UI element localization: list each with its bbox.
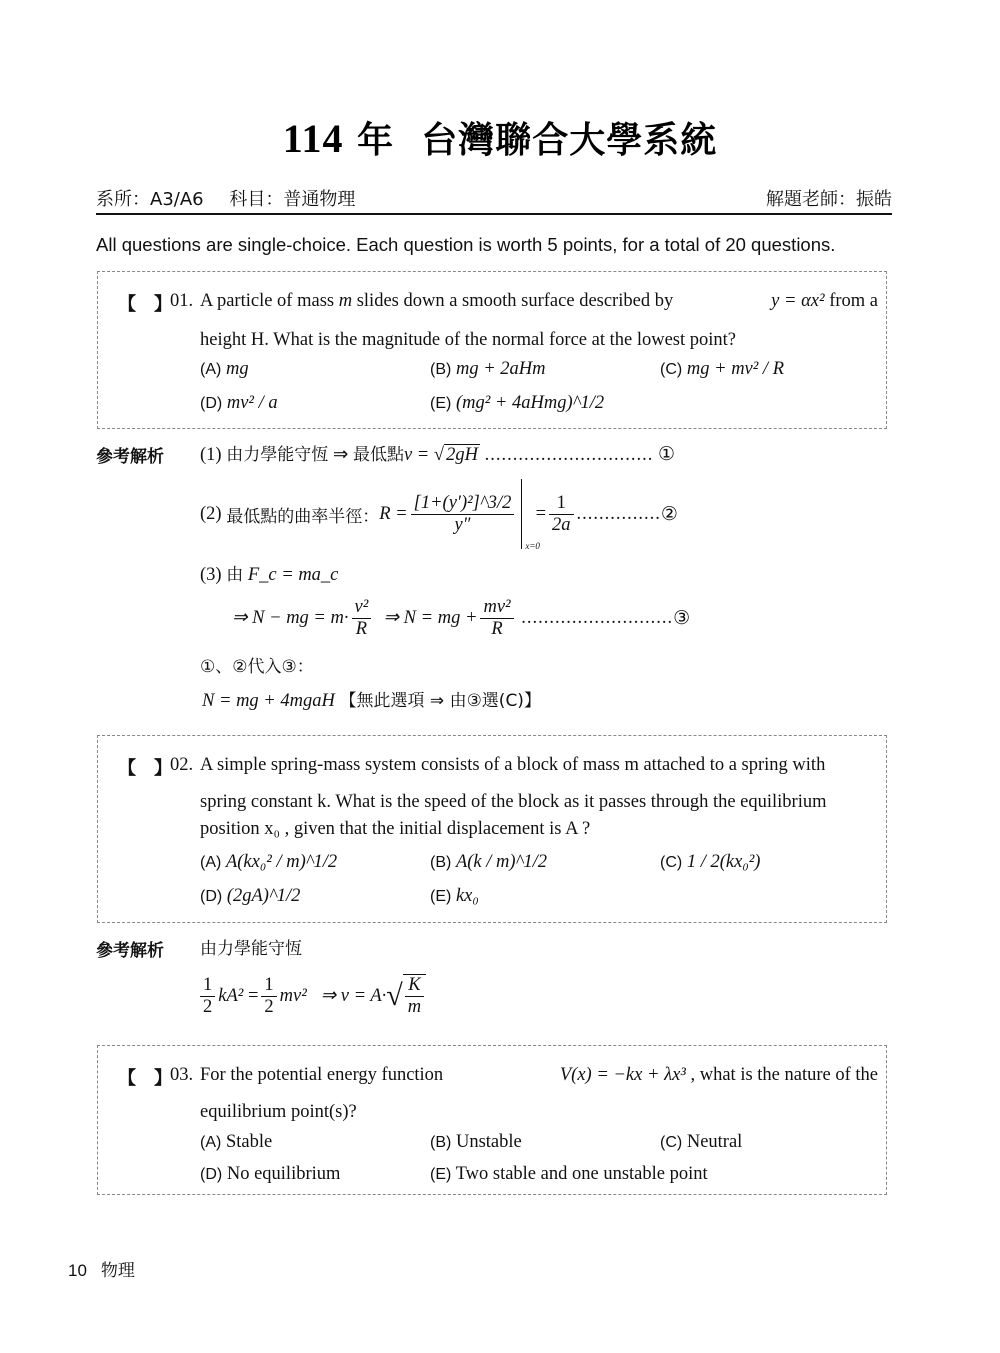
- fraction: 12a: [549, 493, 574, 536]
- question-number: 03.: [170, 1065, 193, 1086]
- answer-bracket[interactable]: 【 】: [118, 754, 172, 780]
- equation-mark: ③: [673, 607, 690, 629]
- option-a[interactable]: (A) A(kx₀² / m)^1/2: [200, 852, 337, 873]
- option-e[interactable]: (E) (mg² + 4aHmg)^1/2: [430, 393, 604, 414]
- option-b[interactable]: (B) A(k / m)^1/2: [430, 852, 547, 873]
- option-label: (A): [200, 1134, 221, 1151]
- text: slides down a smooth surface described b…: [352, 291, 673, 311]
- step-number: (1): [200, 445, 222, 465]
- option-d[interactable]: (D) No equilibrium: [200, 1164, 340, 1185]
- equation: F_c = ma_c: [248, 565, 339, 585]
- title-text: 台灣聯合大學系統: [421, 120, 717, 161]
- question-box-01: 【 】 01. A particle of mass m slides down…: [97, 271, 887, 429]
- option-c[interactable]: (C) Neutral: [660, 1132, 742, 1153]
- numerator: 1: [261, 975, 276, 997]
- implies-arrow: ⇒: [333, 445, 349, 465]
- term: kA²: [218, 986, 243, 1007]
- option-e[interactable]: (E) kx₀: [430, 886, 479, 907]
- instructions: All questions are single-choice. Each qu…: [96, 234, 896, 256]
- page-footer: 10物理: [68, 1256, 135, 1281]
- option-a[interactable]: (A) mg: [200, 359, 249, 380]
- solution-step-2: (2) 最低點的曲率半徑： R = [1+(y′)²]^3/2y″ x=0 = …: [200, 478, 678, 550]
- equation: ⇒ N = mg +: [384, 607, 478, 629]
- option-d[interactable]: (D) (2gA)^1/2: [200, 886, 300, 907]
- solution-result: N = mg + 4mgaH 【無此選項 ⇒ 由③選(C)】: [202, 686, 541, 712]
- option-label: (C): [660, 1134, 682, 1151]
- question-text-line2: spring constant k. What is the speed of …: [200, 792, 827, 813]
- option-value: Neutral: [687, 1132, 742, 1152]
- teacher-label: 解題老師：振皓: [766, 185, 892, 211]
- leader-dots: ...........................: [521, 608, 673, 629]
- equation: ⇒ N − mg = m·: [232, 607, 349, 629]
- option-value: mg + mv² / R: [687, 359, 784, 379]
- title-year-suffix: 年: [357, 120, 394, 161]
- answer-bracket[interactable]: 【 】: [118, 1064, 172, 1090]
- option-value: (2gA)^1/2: [227, 886, 301, 906]
- fraction: [1+(y′)²]^3/2y″: [411, 493, 515, 536]
- option-value: A(k / m)^1/2: [456, 852, 547, 872]
- option-b[interactable]: (B) Unstable: [430, 1132, 522, 1153]
- page-title: 114 年 台灣聯合大學系統: [0, 112, 1000, 163]
- option-value: Unstable: [456, 1132, 522, 1152]
- question-text-line1: A particle of mass m slides down a smoot…: [200, 291, 878, 312]
- exam-meta: 系所：A3/A6 科目：普通物理 解題老師：振皓: [96, 184, 892, 212]
- evaluation-bar: x=0: [521, 479, 522, 549]
- equals: =: [248, 986, 258, 1007]
- option-label: (E): [430, 888, 451, 905]
- sqrt-icon: √: [386, 979, 402, 1013]
- option-value: A(kx₀² / m)^1/2: [226, 852, 337, 872]
- option-c[interactable]: (C) mg + mv² / R: [660, 359, 784, 380]
- denominator: R: [352, 619, 372, 640]
- option-label: (B): [430, 361, 451, 378]
- option-value: mg: [226, 359, 249, 379]
- question-number: 02.: [170, 755, 193, 776]
- question-text-line2: height H. What is the magnitude of the n…: [200, 330, 736, 351]
- denominator: m: [405, 997, 424, 1018]
- option-label: (D): [200, 1166, 222, 1183]
- numerator: 1: [549, 493, 574, 515]
- equation: R =: [379, 504, 407, 525]
- option-label: (E): [430, 1166, 451, 1183]
- option-e[interactable]: (E) Two stable and one unstable point: [430, 1164, 708, 1185]
- step-text: 由: [226, 565, 243, 585]
- fraction: 12: [200, 975, 215, 1018]
- radicand: 2gH: [444, 444, 480, 466]
- numerator: [1+(y′)²]^3/2: [411, 493, 515, 515]
- text: from a: [825, 291, 878, 311]
- denominator: 2: [200, 997, 215, 1018]
- option-value: Stable: [226, 1132, 272, 1152]
- option-value: (mg² + 4aHmg)^1/2: [456, 393, 604, 413]
- fraction: v²R: [352, 597, 372, 640]
- option-d[interactable]: (D) mv² / a: [200, 393, 278, 414]
- option-c[interactable]: (C) 1 / 2(kx₀²): [660, 852, 760, 873]
- title-year: 114: [283, 116, 344, 161]
- step-number: (2): [200, 504, 222, 525]
- option-value: No equilibrium: [227, 1164, 341, 1184]
- solution-equation: 12kA² = 12mv² ⇒ v = A· √Km: [200, 966, 429, 1026]
- result-note: 【無此選項 ⇒ 由③選(C)】: [340, 691, 541, 711]
- question-text-line1: For the potential energy function V(x) =…: [200, 1065, 878, 1086]
- option-label: (C): [660, 361, 682, 378]
- header-divider: [96, 213, 892, 215]
- equation: ⇒ v = A·: [321, 985, 387, 1007]
- option-b[interactable]: (B) mg + 2aHm: [430, 359, 546, 380]
- option-a[interactable]: (A) Stable: [200, 1132, 272, 1153]
- numerator: 1: [200, 975, 215, 997]
- leader-dots: ...............: [577, 504, 661, 525]
- equation-mark: ①: [658, 443, 675, 465]
- question-text-line1: A simple spring-mass system consists of …: [200, 755, 825, 776]
- step-text: 最低點: [353, 445, 404, 465]
- var-m: m: [339, 291, 352, 311]
- option-value: mg + 2aHm: [456, 359, 546, 379]
- text: , what is the nature of the: [690, 1065, 878, 1085]
- page-number: 10: [68, 1261, 87, 1280]
- option-value: 1 / 2(kx₀²): [687, 852, 761, 872]
- fraction: mv²R: [480, 597, 513, 640]
- option-label: (A): [200, 854, 221, 871]
- text: For the potential energy function: [200, 1065, 443, 1086]
- denominator: 2: [261, 997, 276, 1018]
- question-number: 01.: [170, 291, 193, 312]
- step-text: 最低點的曲率半徑：: [226, 502, 379, 527]
- option-label: (B): [430, 854, 451, 871]
- sqrt-icon: √: [434, 445, 444, 465]
- option-value: kx₀: [456, 886, 479, 906]
- denominator: R: [480, 619, 513, 640]
- term: mv²: [280, 986, 307, 1007]
- equation: v =: [404, 445, 429, 465]
- text: A particle of mass: [200, 291, 339, 311]
- step-text: 由力學能守恆: [226, 445, 328, 465]
- solution-label: 參考解析: [96, 936, 164, 961]
- eval-point: x=0: [525, 541, 540, 551]
- leader-dots: ..............................: [485, 445, 654, 465]
- solution-step-3b: ⇒ N − mg = m· v²R ⇒ N = mg + mv²R ......…: [232, 590, 690, 646]
- numerator: mv²: [480, 597, 513, 619]
- fraction: Km: [403, 974, 426, 1018]
- solution-step-1: (1) 由力學能守恆 ⇒ 最低點v = √2gH ...............…: [200, 440, 675, 466]
- numerator: v²: [352, 597, 372, 619]
- department-label: 系所：A3/A6: [96, 189, 204, 210]
- equation: N = mg + 4mgaH: [202, 691, 335, 711]
- option-label: (C): [660, 854, 682, 871]
- numerator: K: [405, 975, 424, 997]
- fraction: 12: [261, 975, 276, 1018]
- equation: y = αx²: [771, 291, 824, 311]
- answer-bracket[interactable]: 【 】: [118, 290, 172, 316]
- question-box-03: 【 】 03. For the potential energy functio…: [97, 1045, 887, 1195]
- solution-text: 由力學能守恆: [200, 934, 302, 959]
- denominator: 2a: [549, 515, 574, 536]
- option-value: mv² / a: [227, 393, 278, 413]
- solution-step-3: (3) 由 F_c = ma_c: [200, 560, 338, 586]
- option-value: Two stable and one unstable point: [456, 1164, 708, 1184]
- denominator: y″: [411, 515, 515, 536]
- step-number: (3): [200, 565, 222, 585]
- footer-subject: 物理: [101, 1261, 135, 1281]
- equation-mark: ②: [661, 503, 678, 525]
- option-label: (A): [200, 361, 221, 378]
- option-label: (E): [430, 395, 451, 412]
- question-text-line2: equilibrium point(s)?: [200, 1102, 357, 1123]
- solution-substitute: ①、②代入③：: [200, 652, 314, 677]
- subject-label: 科目：普通物理: [229, 189, 355, 210]
- solution-label: 參考解析: [96, 442, 164, 467]
- question-box-02: 【 】 02. A simple spring-mass system cons…: [97, 735, 887, 923]
- option-label: (B): [430, 1134, 451, 1151]
- option-label: (D): [200, 888, 222, 905]
- equation: V(x) = −kx + λx³: [560, 1065, 686, 1085]
- option-label: (D): [200, 395, 222, 412]
- question-text-line3: position x₀ , given that the initial dis…: [200, 819, 590, 840]
